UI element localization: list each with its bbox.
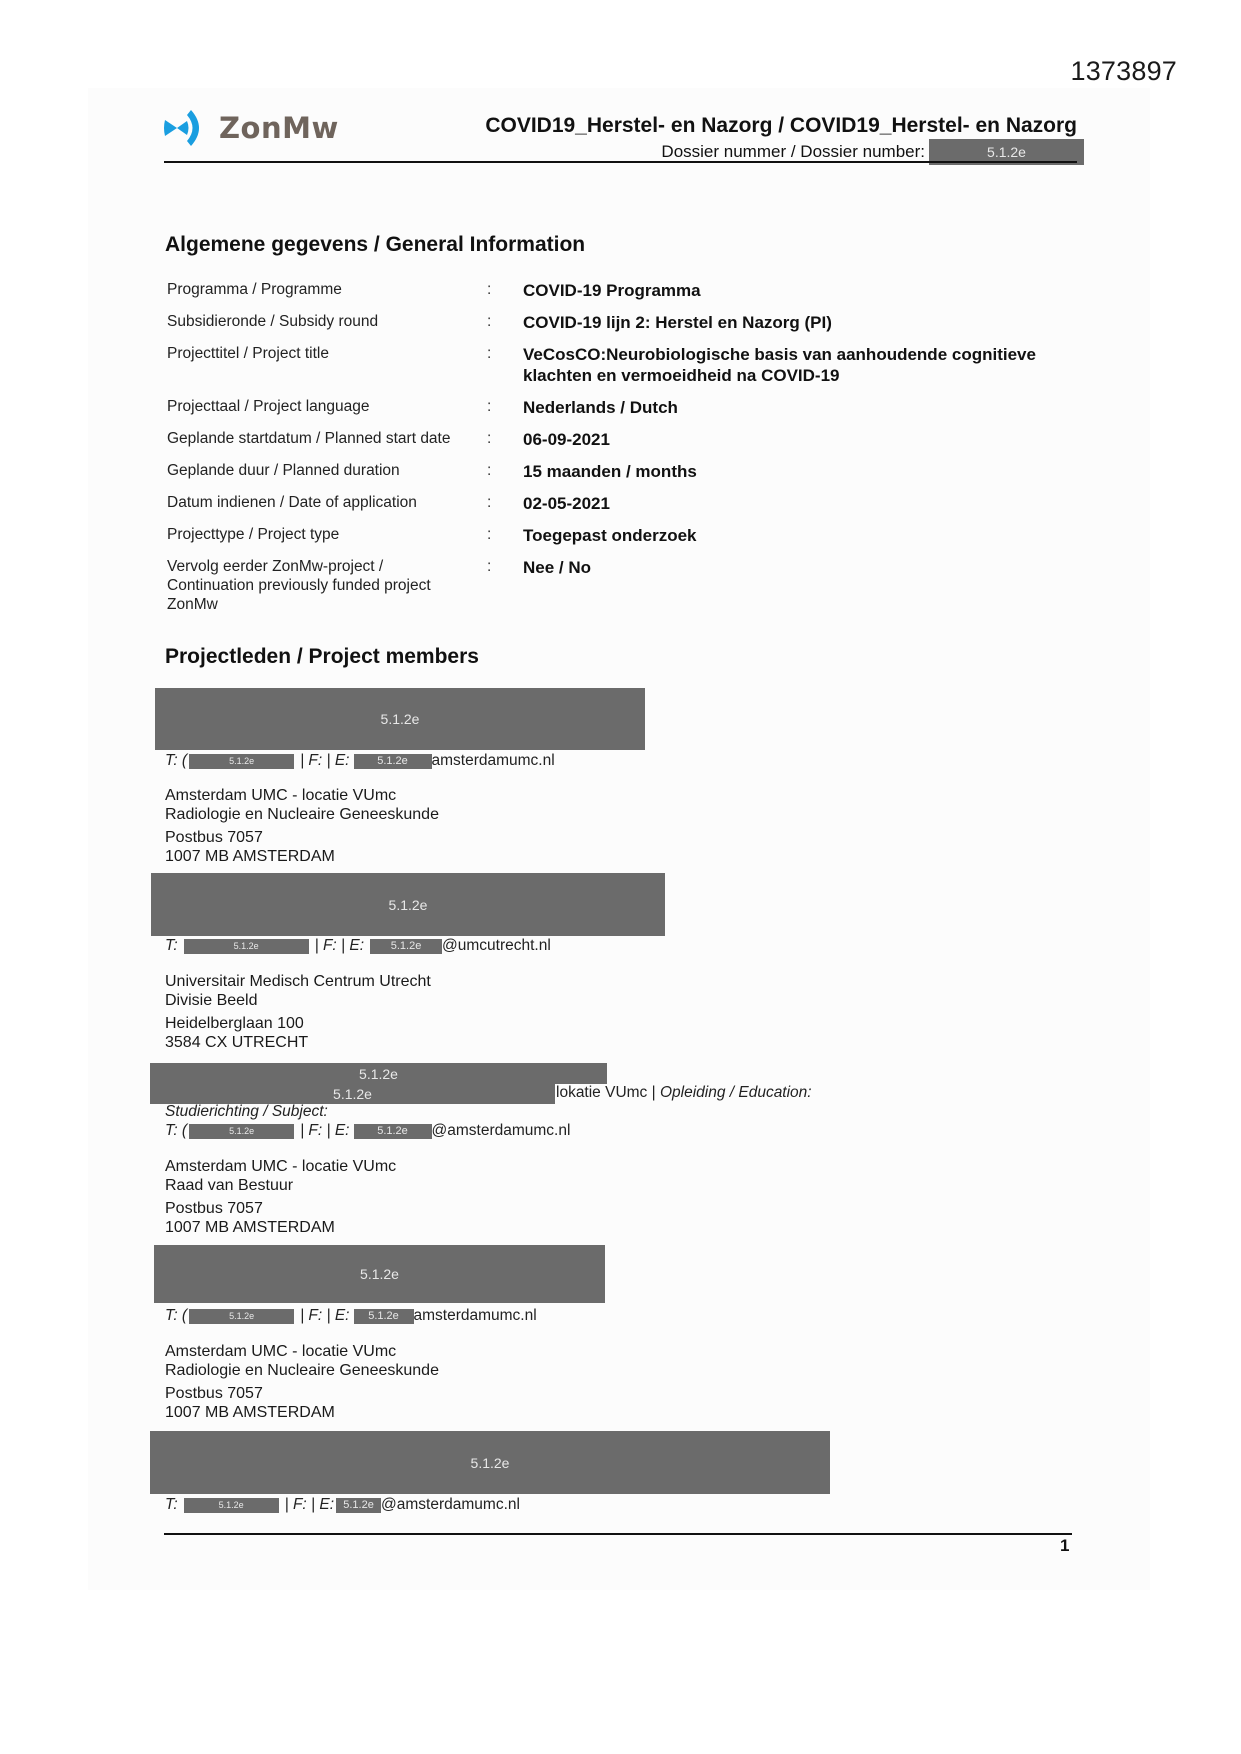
location-text: lokatie VUmc |: [556, 1084, 656, 1102]
education-label: Opleiding / Education:: [660, 1084, 812, 1102]
department: Divisie Beeld: [165, 991, 431, 1010]
redaction-box: 5.1.2e: [184, 939, 309, 954]
info-row: Projecttitel / Project title:VeCosCO:Neu…: [167, 344, 1087, 386]
info-row: Projecttaal / Project language:Nederland…: [167, 397, 1087, 418]
org-name: Amsterdam UMC - locatie VUmc: [165, 786, 439, 805]
member-function-line: lokatie VUmc | Opleiding / Education:: [556, 1084, 812, 1102]
member-name-redaction: 5.1.2e: [151, 873, 665, 936]
document-id: 1373897: [1070, 56, 1177, 87]
redaction-box: 5.1.2e: [189, 1124, 294, 1139]
info-colon: :: [487, 557, 523, 614]
redaction-box: 5.1.2e: [354, 1309, 414, 1324]
email-domain: @amsterdamumc.nl: [432, 1122, 571, 1140]
subject-label: Studierichting / Subject:: [165, 1103, 328, 1121]
info-value: Nee / No: [523, 557, 1087, 614]
email-domain: @amsterdamumc.nl: [381, 1496, 520, 1514]
info-row: Vervolg eerder ZonMw-project / Continuat…: [167, 557, 1087, 614]
department: Radiologie en Nucleaire Geneeskunde: [165, 1361, 439, 1380]
info-row: Projecttype / Project type:Toegepast ond…: [167, 525, 1087, 546]
info-row: Geplande duur / Planned duration:15 maan…: [167, 461, 1087, 482]
city: 1007 MB AMSTERDAM: [165, 1403, 439, 1422]
city: 1007 MB AMSTERDAM: [165, 847, 439, 866]
info-value: Toegepast onderzoek: [523, 525, 1087, 546]
info-label: Datum indienen / Date of application: [167, 493, 487, 514]
general-info-table: Programma / Programme:COVID-19 Programma…: [167, 280, 1087, 625]
info-value: VeCosCO:Neurobiologische basis van aanho…: [523, 344, 1087, 386]
info-colon: :: [487, 312, 523, 333]
city: 1007 MB AMSTERDAM: [165, 1218, 396, 1237]
info-label: Vervolg eerder ZonMw-project / Continuat…: [167, 557, 447, 614]
info-colon: :: [487, 461, 523, 482]
info-label: Subsidieronde / Subsidy round: [167, 312, 487, 333]
email-domain: @umcutrecht.nl: [442, 937, 551, 955]
info-value: 02-05-2021: [523, 493, 1087, 514]
info-value: COVID-19 lijn 2: Herstel en Nazorg (PI): [523, 312, 1087, 333]
info-value: COVID-19 Programma: [523, 280, 1087, 301]
street: Heidelberglaan 100: [165, 1014, 431, 1033]
member-name-redaction: 5.1.2e: [154, 1245, 605, 1303]
member-contact-line: T: ( 5.1.2e | F: | E: 5.1.2e amsterdamum…: [165, 1307, 537, 1325]
phone-label: T: (: [165, 752, 187, 770]
page-number: 1: [1060, 1536, 1069, 1556]
member-contact-line: T: 5.1.2e | F: | E: 5.1.2e @umcutrecht.n…: [165, 937, 551, 955]
fax-email-label: | F: | E:: [285, 1496, 334, 1514]
logo-text: ZonMw: [219, 111, 339, 145]
info-label: Projecttitel / Project title: [167, 344, 487, 386]
member-contact-line: T: ( 5.1.2e | F: | E: 5.1.2e @amsterdamu…: [165, 1122, 570, 1140]
phone-label: T:: [165, 1496, 178, 1514]
section-heading-general: Algemene gegevens / General Information: [165, 233, 585, 257]
org-name: Amsterdam UMC - locatie VUmc: [165, 1157, 396, 1176]
dossier-label: Dossier nummer / Dossier number:: [661, 142, 925, 162]
member-function-redaction: 5.1.2e: [150, 1084, 555, 1104]
info-label: Projecttaal / Project language: [167, 397, 487, 418]
redaction-box: 5.1.2e: [354, 754, 432, 769]
email-domain: amsterdamumc.nl: [414, 1307, 537, 1325]
phone-label: T: (: [165, 1307, 187, 1325]
member-address: Amsterdam UMC - locatie VUmc Raad van Be…: [165, 1157, 396, 1237]
street: Postbus 7057: [165, 1199, 396, 1218]
info-colon: :: [487, 280, 523, 301]
fax-email-label: | F: | E:: [300, 1122, 349, 1140]
member-address: Universitair Medisch Centrum Utrecht Div…: [165, 972, 431, 1052]
fax-email-label: | F: | E:: [300, 752, 349, 770]
department: Radiologie en Nucleaire Geneeskunde: [165, 805, 439, 824]
member-contact-line: T: 5.1.2e | F: | E: 5.1.2e @amsterdamumc…: [165, 1496, 520, 1514]
department: Raad van Bestuur: [165, 1176, 396, 1195]
city: 3584 CX UTRECHT: [165, 1033, 431, 1052]
org-name: Universitair Medisch Centrum Utrecht: [165, 972, 431, 991]
info-row: Geplande startdatum / Planned start date…: [167, 429, 1087, 450]
info-label: Geplande startdatum / Planned start date: [167, 429, 487, 450]
phone-label: T: (: [165, 1122, 187, 1140]
header-rule: [164, 161, 1077, 163]
member-name-redaction: 5.1.2e: [155, 688, 645, 750]
info-row: Datum indienen / Date of application:02-…: [167, 493, 1087, 514]
info-colon: :: [487, 344, 523, 386]
info-value: 15 maanden / months: [523, 461, 1087, 482]
info-value: Nederlands / Dutch: [523, 397, 1087, 418]
member-name-redaction: 5.1.2e: [150, 1063, 607, 1084]
section-heading-members: Projectleden / Project members: [165, 645, 479, 669]
info-label: Programma / Programme: [167, 280, 487, 301]
info-colon: :: [487, 525, 523, 546]
fax-email-label: | F: | E:: [315, 937, 364, 955]
redaction-box: 5.1.2e: [370, 939, 442, 954]
org-name: Amsterdam UMC - locatie VUmc: [165, 1342, 439, 1361]
fax-email-label: | F: | E:: [300, 1307, 349, 1325]
member-name-redaction: 5.1.2e: [150, 1431, 830, 1494]
phone-label: T:: [165, 937, 178, 955]
redaction-box: 5.1.2e: [189, 1309, 294, 1324]
member-contact-line: T: ( 5.1.2e | F: | E: 5.1.2e amsterdamum…: [165, 752, 555, 770]
street: Postbus 7057: [165, 828, 439, 847]
email-domain: amsterdamumc.nl: [432, 752, 555, 770]
redaction-box: 5.1.2e: [189, 754, 294, 769]
redaction-box: 5.1.2e: [184, 1498, 279, 1513]
zonmw-logo: ZonMw: [163, 108, 339, 148]
info-colon: :: [487, 493, 523, 514]
member-address: Amsterdam UMC - locatie VUmc Radiologie …: [165, 1342, 439, 1422]
info-value: 06-09-2021: [523, 429, 1087, 450]
redaction-box: 5.1.2e: [354, 1124, 432, 1139]
redaction-box: 5.1.2e: [336, 1498, 381, 1513]
info-label: Projecttype / Project type: [167, 525, 487, 546]
info-colon: :: [487, 397, 523, 418]
footer-rule: [164, 1533, 1072, 1535]
info-row: Programma / Programme:COVID-19 Programma: [167, 280, 1087, 301]
info-label: Geplande duur / Planned duration: [167, 461, 487, 482]
member-address: Amsterdam UMC - locatie VUmc Radiologie …: [165, 786, 439, 866]
info-row: Subsidieronde / Subsidy round:COVID-19 l…: [167, 312, 1087, 333]
zonmw-logo-icon: [163, 108, 209, 148]
info-colon: :: [487, 429, 523, 450]
header-title: COVID19_Herstel- en Nazorg / COVID19_Her…: [485, 114, 1077, 138]
street: Postbus 7057: [165, 1384, 439, 1403]
